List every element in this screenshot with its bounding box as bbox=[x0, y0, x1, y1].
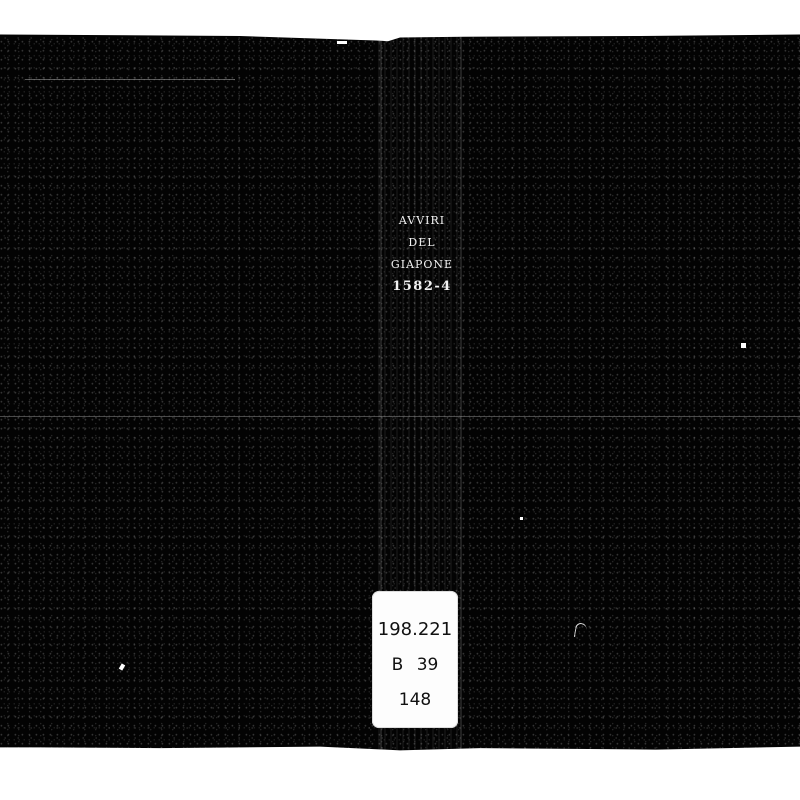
spine-title-line: DEL bbox=[384, 232, 460, 254]
spine-title-line: GIAPONE bbox=[384, 254, 460, 276]
call-number-cutter: B 39 bbox=[372, 655, 458, 675]
paper-fleck bbox=[741, 343, 746, 348]
spine-title-line: AVVIRI bbox=[384, 210, 460, 232]
spine-title: AVVIRI DEL GIAPONE 1582-4 bbox=[384, 210, 460, 298]
cover-edge-line bbox=[25, 79, 235, 80]
paper-fleck bbox=[520, 517, 523, 520]
spine-date: 1582-4 bbox=[384, 276, 460, 298]
call-number-class: 198.221 bbox=[372, 619, 458, 640]
call-number-item: 148 bbox=[372, 690, 458, 710]
spine-edge-right bbox=[460, 30, 462, 778]
horizontal-crease bbox=[0, 416, 800, 417]
paper-fleck bbox=[337, 41, 347, 44]
shelf-mark-label: 198.221 B 39 148 bbox=[372, 591, 458, 728]
